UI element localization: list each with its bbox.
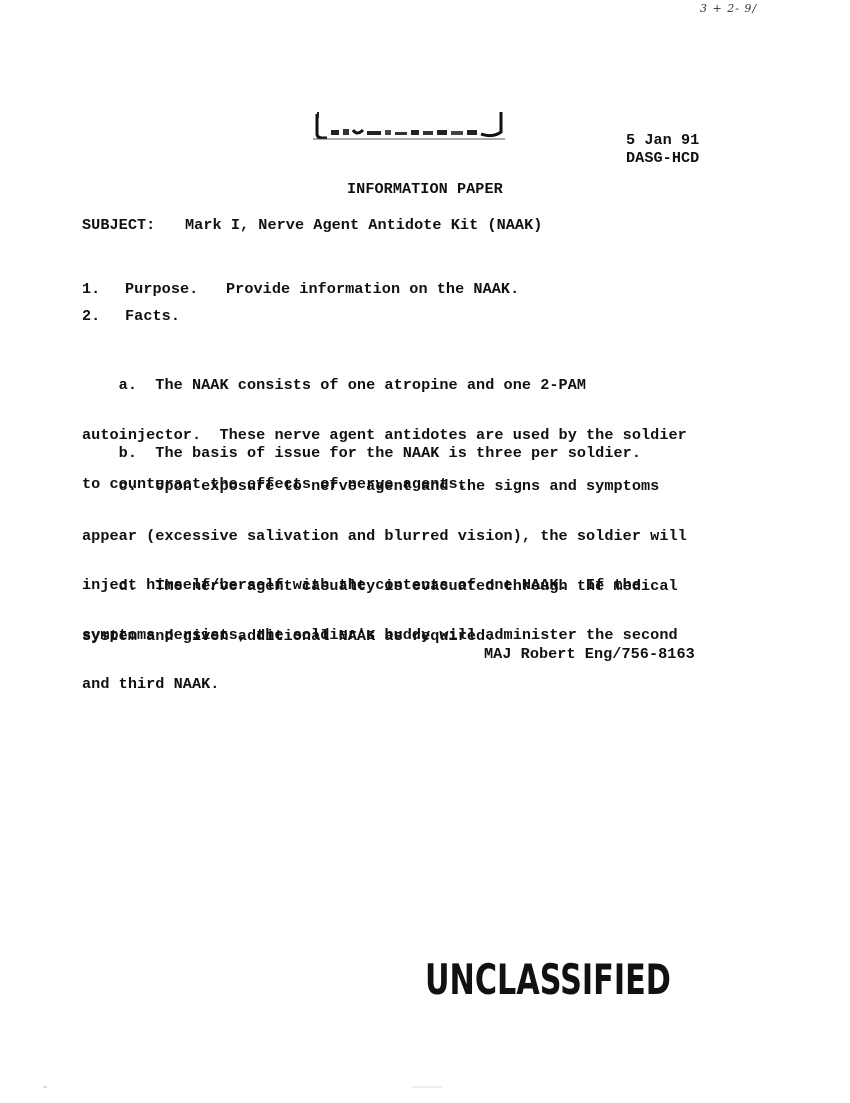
subject-label: SUBJECT: — [82, 216, 155, 234]
office-symbol: DASG-HCD — [626, 149, 699, 167]
subject-text: Mark I, Nerve Agent Antidote Kit (NAAK) — [185, 216, 542, 234]
smeared-stamp-icon — [313, 108, 505, 140]
fact-c-line-2: appear (excessive salivation and blurred… — [82, 528, 687, 545]
top-classification-stamp — [313, 108, 505, 140]
signature-block: MAJ Robert Eng/756-8163 — [484, 645, 695, 663]
bottom-classification-stamp: UNCLASSIFIED — [425, 955, 671, 1004]
fact-a-line-1: a. The NAAK consists of one atropine and… — [82, 377, 687, 394]
section-1-number: 1. — [82, 280, 100, 298]
handwritten-note: 3 + 2- 9/ — [700, 2, 757, 15]
fact-c-line-1: c. Upon exposure to nerve agent and the … — [82, 478, 687, 495]
section-2-heading: Facts. — [125, 307, 180, 325]
document-title: INFORMATION PAPER — [347, 180, 503, 198]
document-date: 5 Jan 91 — [626, 131, 699, 149]
scan-artifact — [412, 1086, 442, 1088]
section-1-text: Provide information on the NAAK. — [226, 280, 519, 298]
section-2-number: 2. — [82, 307, 100, 325]
fact-c-line-5: and third NAAK. — [82, 676, 687, 693]
fact-d-line-2: system and given additional NAAK as requ… — [82, 628, 678, 645]
fact-d-line-1: d. The nerve agent casualty is evacuated… — [82, 578, 678, 595]
scan-artifact — [43, 1086, 47, 1088]
section-1-heading: Purpose. — [125, 280, 198, 298]
